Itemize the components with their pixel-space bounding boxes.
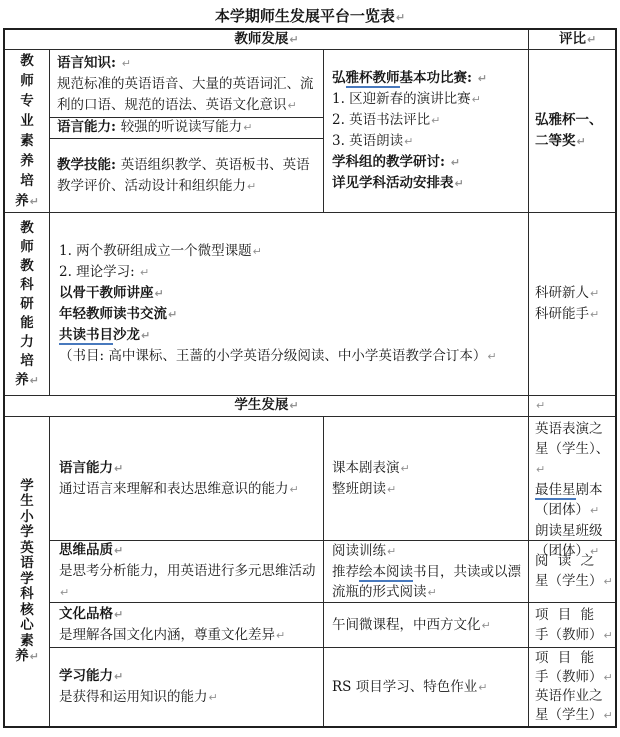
paragraph-mark: ↵ [430, 114, 440, 127]
contest-title-paragraph: 弘雅杯教师基本功比赛: ↵ [332, 68, 523, 89]
paragraph-mark: ↵ [450, 156, 460, 169]
paragraph-mark: ↵ [113, 670, 123, 683]
activity-micro-course: 午间微课程，中西方文化↵ [332, 615, 523, 636]
paragraph-mark: ↵ [275, 629, 285, 642]
student-desc-language: 通过语言来理解和表达思维意识的能力↵ [59, 479, 323, 500]
lecture-text: 以骨干教师讲座 [59, 285, 154, 301]
activity-rs-project: RS 项目学习、特色作业↵ [332, 677, 523, 698]
book-list-note: （书目: 高中课标、王蔷的小学英语分级阅读、中小学英语教学合订本）↵ [59, 346, 528, 367]
contest-item-1: 1. 区迎新春的演讲比赛↵ [332, 89, 523, 110]
paragraph-mark: ↵ [589, 287, 599, 300]
research-item-1: 1. 两个教研组成立一个微型课题↵ [59, 241, 528, 262]
award-reading-star-text: 阅 读 之 星（学生） [535, 553, 603, 589]
side-label-cell-professional: 教师专业素养培养↵ [5, 50, 50, 212]
seminar-note-text: 详见学科活动安排表 [332, 175, 454, 191]
paragraph-mark: ↵ [121, 57, 131, 70]
side-label-professional: 教师专业素养培养↵ [15, 51, 39, 212]
learning-award-cell: 项 目 能 手（教师）↵ 英语作业之星（学生）↵ [529, 648, 615, 726]
activity-picture-books-pre: 推荐 [332, 564, 359, 580]
culture-award-cell: 项 目 能 手（教师）↵ [529, 603, 615, 647]
contest-title-link[interactable]: 雅杯教师 [346, 70, 400, 88]
reading-exchange-text: 年轻教师读书交流 [59, 306, 167, 322]
language-ability-subcell: 语言能力: 较强的听说读写能力↵ [50, 118, 323, 139]
activity-drama: 课本剧表演↵ [332, 458, 523, 479]
paragraph-mark: ↵ [242, 121, 252, 134]
language-ability-paragraph: 语言能力: 较强的听说读写能力↵ [57, 118, 317, 137]
paragraph-mark: ↵ [113, 462, 123, 475]
paragraph-mark: ↵ [603, 671, 613, 684]
student-row-language: 语言能力↵ 通过语言来理解和表达思维意识的能力↵ 课本剧表演↵ 整班朗读↵ 英语… [50, 417, 615, 541]
contest-title-post: 基本功比赛: [400, 70, 477, 86]
paragraph-mark: ↵ [603, 709, 613, 722]
student-heading-learning: 学习能力↵ [59, 666, 323, 687]
paragraph-mark: ↵ [576, 135, 586, 148]
contest-item-2-text: 2. 英语书法评比 [332, 112, 430, 128]
paragraph-mark: ↵ [454, 177, 464, 190]
professional-abilities-cell: 语言知识: ↵ 规范标准的英语语音、大量的英语词汇、流利的口语、规范的语法、英语… [50, 50, 324, 212]
paragraph-mark: ↵ [29, 195, 39, 208]
student-desc-learning-text: 是获得和运用知识的能力 [59, 689, 208, 705]
student-row-learning: 学习能力↵ 是获得和运用知识的能力↵ RS 项目学习、特色作业↵ 项 目 能 手… [50, 648, 615, 726]
culture-character-cell: 文化品格↵ 是理解各国文化内涵，尊重文化差异↵ [50, 603, 324, 647]
seminar-title-paragraph: 学科组的教学研讨: ↵ [332, 152, 523, 173]
paragraph-mark: ↵ [603, 629, 613, 642]
award-homework-star: 英语作业之星（学生）↵ [535, 687, 613, 725]
student-rows: 语言能力↵ 通过语言来理解和表达思维意识的能力↵ 课本剧表演↵ 整班朗读↵ 英语… [50, 417, 615, 726]
paragraph-mark: ↵ [586, 33, 596, 46]
award-performance-star-text: 英语表演之星（学生）、 [535, 421, 609, 457]
teacher-header-cell: 教师发展↵ [5, 30, 529, 49]
student-desc-thinking-text: 是思考分析能力，用英语进行多元思维活动 [59, 563, 316, 579]
activity-reading-aloud-text: 整班朗读 [332, 481, 386, 497]
paragraph-mark: ↵ [603, 575, 613, 588]
teacher-award-cell: 弘雅杯一、二等奖↵ [529, 50, 615, 212]
paragraph-mark: ↵ [481, 619, 491, 632]
activity-drama-text: 课本剧表演 [332, 460, 400, 476]
teaching-skill-paragraph: 教学技能: 英语组织教学、英语板书、英语教学评价、活动设计和组织能力↵ [57, 155, 317, 197]
activity-rs-project-text: RS 项目学习、特色作业 [332, 679, 477, 695]
research-award-2-text: 科研能手 [535, 306, 589, 322]
thinking-quality-cell: 思维品质↵ 是思考分析能力，用英语进行多元思维活动↵ [50, 541, 324, 602]
paragraph-mark: ↵ [29, 374, 39, 387]
paragraph-mark: ↵ [252, 245, 262, 258]
research-item-1-text: 1. 两个教研组成立一个微型课题 [59, 243, 252, 259]
award-reading-star: 阅 读 之 星（学生）↵ [535, 551, 615, 592]
book-salon-paragraph: 共读书目沙龙↵ [59, 325, 528, 346]
book-salon-link[interactable]: 共读书目 [59, 327, 113, 345]
language-ability-cell: 语言能力↵ 通过语言来理解和表达思维意识的能力↵ [50, 417, 324, 540]
teacher-award-paragraph: 弘雅杯一、二等奖↵ [535, 110, 613, 152]
side-label-text: 教师教科研能力培养 [15, 220, 34, 388]
student-desc-learning: 是获得和运用知识的能力↵ [59, 687, 323, 708]
teacher-row-research: 教师教科研能力培养↵ 1. 两个教研组成立一个微型课题↵ 2. 理论学习: ↵ … [5, 213, 615, 396]
contest-item-2: 2. 英语书法评比↵ [332, 110, 523, 131]
paragraph-mark: ↵ [386, 545, 396, 558]
paragraph-mark: ↵ [403, 135, 413, 148]
paragraph-mark: ↵ [471, 93, 481, 106]
side-label-student: 学生小学英语学科核心素养↵ [15, 479, 39, 665]
teacher-award-text: 弘雅杯一、二等奖 [535, 112, 603, 149]
teaching-skill-subcell: 教学技能: 英语组织教学、英语板书、英语教学评价、活动设计和组织能力↵ [50, 139, 323, 212]
student-heading-language: 语言能力↵ [59, 458, 323, 479]
student-desc-thinking: 是思考分析能力，用英语进行多元思维活动↵ [59, 561, 323, 603]
language-ability-label: 语言能力: [57, 119, 121, 135]
paragraph-mark: ↵ [113, 608, 123, 621]
activity-reading-aloud: 整班朗读↵ [332, 479, 523, 500]
paragraph-mark: ↵ [140, 329, 150, 342]
seminar-title-text: 学科组的教学研讨: [332, 154, 450, 170]
paragraph-mark: ↵ [589, 504, 599, 517]
paragraph-mark: ↵ [287, 99, 297, 112]
student-heading-culture: 文化品格↵ [59, 604, 323, 625]
research-item-2: 2. 理论学习: ↵ [59, 262, 528, 283]
lecture-paragraph: 以骨干教师讲座↵ [59, 283, 528, 304]
student-row-thinking: 思维品质↵ 是思考分析能力，用英语进行多元思维活动↵ 阅读训练↵ 推荐绘本阅读书… [50, 541, 615, 603]
book-list-note-text: （书目: 高中课标、王蔷的小学英语分级阅读、中小学英语教学合订本） [59, 348, 486, 364]
language-knowledge-body: 规范标准的英语语音、大量的英语词汇、流利的口语、规范的语法、英语文化意识↵ [57, 74, 317, 116]
research-award-2: 科研能手↵ [535, 304, 615, 325]
reading-exchange-paragraph: 年轻教师读书交流↵ [59, 304, 528, 325]
paragraph-mark: ↵ [427, 586, 437, 599]
student-heading-learning-text: 学习能力 [59, 668, 113, 684]
side-label-text: 学生小学英语学科核心素养 [15, 478, 34, 665]
language-knowledge-subcell: 语言知识: ↵ 规范标准的英语语音、大量的英语词汇、流利的口语、规范的语法、英语… [50, 50, 323, 118]
paragraph-mark: ↵ [167, 308, 177, 321]
paragraph-mark: ↵ [113, 544, 123, 557]
student-heading-thinking: 思维品质↵ [59, 540, 323, 561]
teacher-header-text: 教师发展 [234, 31, 288, 47]
thinking-award-cell: 阅 读 之 星（学生）↵ [529, 541, 615, 602]
award-homework-star-text: 英语作业之星（学生） [535, 688, 603, 723]
student-heading-language-text: 语言能力 [59, 460, 113, 476]
student-section: 学生小学英语学科核心素养↵ 语言能力↵ 通过语言来理解和表达思维意识的能力↵ 课… [5, 417, 615, 726]
paragraph-mark: ↵ [486, 350, 496, 363]
student-desc-culture-text: 是理解各国文化内涵，尊重文化差异 [59, 627, 275, 643]
language-ability-body-text: 较强的听说读写能力 [121, 119, 243, 135]
student-heading-thinking-text: 思维品质 [59, 542, 113, 558]
language-knowledge-body-text: 规范标准的英语语音、大量的英语词汇、流利的口语、规范的语法、英语文化意识 [57, 76, 314, 113]
side-label-research: 教师教科研能力培养↵ [15, 219, 39, 390]
paragraph-mark: ↵ [395, 11, 405, 24]
paragraph-mark: ↵ [29, 650, 39, 663]
student-desc-language-text: 通过语言来理解和表达思维意识的能力 [59, 481, 289, 497]
research-content-cell: 1. 两个教研组成立一个微型课题↵ 2. 理论学习: ↵ 以骨干教师讲座↵ 年轻… [50, 213, 529, 395]
review-header-text: 评比 [559, 31, 586, 47]
research-award-1: 科研新人↵ [535, 283, 615, 304]
teacher-header-row: 教师发展↵ 评比↵ [5, 30, 615, 50]
teaching-skill-label: 教学技能: [57, 157, 121, 173]
activity-picture-books-link[interactable]: 绘本阅读 [359, 564, 413, 582]
paragraph-mark: ↵ [535, 463, 545, 476]
seminar-note-paragraph: 详见学科活动安排表↵ [332, 173, 523, 194]
side-label-cell-research: 教师教科研能力培养↵ [5, 213, 50, 395]
paragraph-mark: ↵ [59, 586, 69, 599]
language-activity-cell: 课本剧表演↵ 整班朗读↵ [324, 417, 529, 540]
side-label-text: 教师专业素养培养 [15, 53, 34, 209]
paragraph-mark: ↵ [535, 399, 545, 412]
paragraph-mark: ↵ [589, 308, 599, 321]
review-header-cell: 评比↵ [529, 30, 615, 49]
page-title-text: 本学期师生发展平台一览表 [215, 7, 395, 25]
activity-micro-course-text: 午间微课程，中西方文化 [332, 617, 481, 633]
contest-item-3-text: 3. 英语朗读 [332, 133, 403, 149]
contest-item-3: 3. 英语朗读↵ [332, 131, 523, 152]
student-header-cell: 学生发展↵ [5, 396, 529, 416]
contest-item-1-text: 1. 区迎新春的演讲比赛 [332, 91, 471, 107]
paragraph-mark: ↵ [477, 681, 487, 694]
research-award-1-text: 科研新人 [535, 285, 589, 301]
activity-picture-books: 推荐绘本阅读书目，共读或以漂流瓶的形式阅读↵ [332, 562, 523, 603]
research-item-2-text: 2. 理论学习: [59, 264, 139, 280]
paragraph-mark: ↵ [246, 180, 256, 193]
award-performance-star: 英语表演之星（学生）、↵ [535, 419, 613, 480]
side-label-cell-student: 学生小学英语学科核心素养↵ [5, 417, 50, 726]
contest-title-pre: 弘 [332, 70, 346, 86]
paragraph-mark: ↵ [288, 399, 298, 412]
student-row-culture: 文化品格↵ 是理解各国文化内涵，尊重文化差异↵ 午间微课程，中西方文化↵ 项 目… [50, 603, 615, 648]
culture-activity-cell: 午间微课程，中西方文化↵ [324, 603, 529, 647]
learning-activity-cell: RS 项目学习、特色作业↵ [324, 648, 529, 726]
book-salon-rest: 沙龙 [113, 327, 140, 343]
paragraph-mark: ↵ [288, 33, 298, 46]
paragraph-mark: ↵ [386, 483, 396, 496]
award-project-expert-text: 项 目 能 手（教师） [535, 650, 603, 685]
paragraph-mark: ↵ [289, 483, 299, 496]
paragraph-mark: ↵ [139, 266, 149, 279]
student-header-text: 学生发展 [234, 397, 288, 413]
research-award-cell: 科研新人↵ 科研能手↵ [529, 213, 615, 395]
award-project-expert: 项 目 能 手（教师）↵ [535, 649, 613, 687]
page-title: 本学期师生发展平台一览表↵ [0, 0, 620, 28]
student-review-empty-cell: ↵ [529, 396, 615, 416]
paragraph-mark: ↵ [208, 691, 218, 704]
award-best-script: 最佳星剧本（团体）↵ [535, 480, 613, 521]
student-header-row: 学生发展↵ ↵ [5, 396, 615, 417]
document-page: 本学期师生发展平台一览表↵ 教师发展↵ 评比↵ 教师专业素养培养↵ 语言知识: … [0, 0, 620, 737]
paragraph-mark: ↵ [400, 462, 410, 475]
paragraph-mark: ↵ [477, 72, 487, 85]
paragraph-mark: ↵ [154, 287, 164, 300]
student-desc-culture: 是理解各国文化内涵，尊重文化差异↵ [59, 625, 323, 646]
award-project-expert-teacher: 项 目 能 手（教师）↵ [535, 605, 615, 646]
award-best-script-link[interactable]: 最佳星 [535, 482, 576, 500]
language-knowledge-paragraph: 语言知识: ↵ [57, 53, 317, 74]
teacher-row-professional: 教师专业素养培养↵ 语言知识: ↵ 规范标准的英语语音、大量的英语词汇、流利的口… [5, 50, 615, 213]
teacher-activities-cell: 弘雅杯教师基本功比赛: ↵ 1. 区迎新春的演讲比赛↵ 2. 英语书法评比↵ 3… [324, 50, 529, 212]
thinking-activity-cell: 阅读训练↵ 推荐绘本阅读书目，共读或以漂流瓶的形式阅读↵ [324, 541, 529, 602]
activity-reading-training-text: 阅读训练 [332, 543, 386, 559]
activity-reading-training: 阅读训练↵ [332, 541, 523, 562]
student-heading-culture-text: 文化品格 [59, 606, 113, 622]
learning-ability-cell: 学习能力↵ 是获得和运用知识的能力↵ [50, 648, 324, 726]
language-knowledge-label: 语言知识: [57, 55, 121, 71]
language-award-cell: 英语表演之星（学生）、↵ 最佳星剧本（团体）↵ 朗读星班级（团体）↵ [529, 417, 615, 540]
development-table: 教师发展↵ 评比↵ 教师专业素养培养↵ 语言知识: ↵ 规范标准的英语语音、大量 [3, 28, 617, 728]
award-project-expert-teacher-text: 项 目 能 手（教师） [535, 607, 603, 643]
